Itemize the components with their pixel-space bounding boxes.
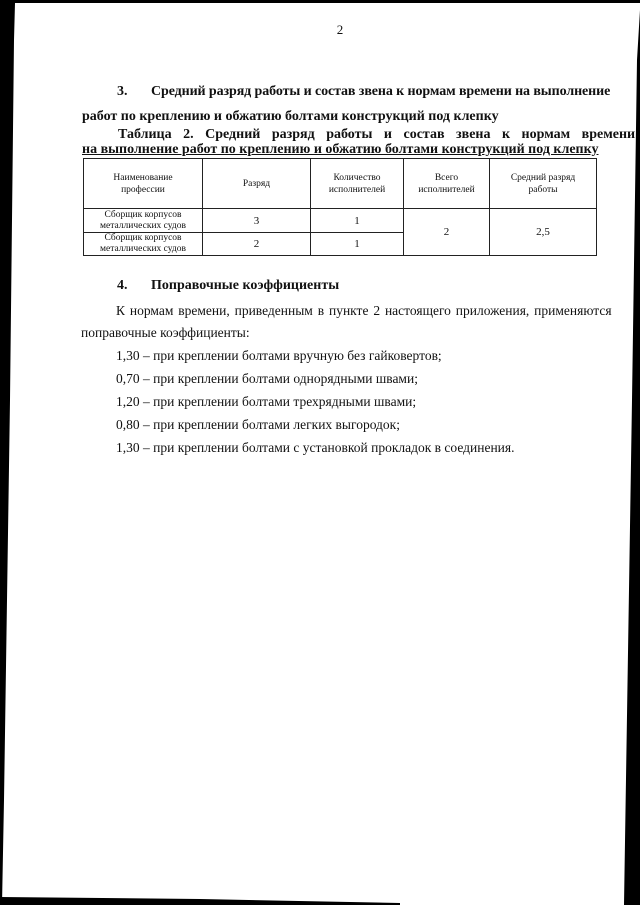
header-grade: Разряд bbox=[202, 158, 311, 209]
cell-text: Сборщик корпусов bbox=[100, 233, 186, 244]
section4-intro-line1: К нормам времени, приведенным в пункте 2… bbox=[116, 303, 612, 319]
cell-text: Сборщик корпусов bbox=[100, 210, 186, 221]
section4-number: 4. bbox=[117, 278, 128, 294]
table-row-1-count: 1 bbox=[310, 208, 404, 233]
coefficient-item-5: 1,30 – при креплении болтами с установко… bbox=[116, 440, 515, 456]
table-caption-line1: Таблица 2. Средний разряд работы и соста… bbox=[118, 127, 635, 143]
header-text: Количество bbox=[329, 172, 385, 184]
coefficients-table: Наименованиепрофессии Разряд Количествои… bbox=[83, 158, 597, 256]
header-text: Наименование bbox=[113, 172, 172, 184]
table-row-1-profession: Сборщик корпусовметаллических судов bbox=[83, 208, 203, 233]
header-text: Всего bbox=[418, 172, 474, 184]
header-count: Количествоисполнителей bbox=[310, 158, 404, 209]
header-total: Всегоисполнителей bbox=[403, 158, 490, 209]
coefficient-item-1: 1,30 – при креплении болтами вручную без… bbox=[116, 348, 442, 364]
coefficient-item-2: 0,70 – при креплении болтами однорядными… bbox=[116, 371, 418, 387]
table-caption-line2: на выполнение работ по креплению и обжат… bbox=[82, 142, 599, 158]
coefficient-item-3: 1,20 – при креплении болтами трехрядными… bbox=[116, 394, 416, 410]
header-text: работы bbox=[511, 184, 575, 196]
table-row-2-grade: 2 bbox=[202, 232, 311, 256]
coefficient-item-4: 0,80 – при креплении болтами легких выго… bbox=[116, 417, 400, 433]
section4-intro-line2: поправочные коэффициенты: bbox=[81, 325, 250, 341]
table-row-1-grade: 3 bbox=[202, 208, 311, 233]
header-text: Средний разряд bbox=[511, 172, 575, 184]
page-number: 2 bbox=[0, 22, 640, 38]
section3-title-line2: работ по креплению и обжатию болтами кон… bbox=[82, 109, 499, 125]
cell-text: металлических судов bbox=[100, 244, 186, 255]
cell-text: металлических судов bbox=[100, 221, 186, 232]
header-text: исполнителей bbox=[329, 184, 385, 196]
table-row-2-count: 1 bbox=[310, 232, 404, 256]
section4-title: Поправочные коэффициенты bbox=[151, 278, 339, 294]
header-profession: Наименованиепрофессии bbox=[83, 158, 203, 209]
header-text: исполнителей bbox=[418, 184, 474, 196]
table-avg-grade: 2,5 bbox=[489, 208, 597, 256]
header-text: профессии bbox=[113, 184, 172, 196]
header-text: Разряд bbox=[243, 178, 270, 190]
table-total: 2 bbox=[403, 208, 490, 256]
header-avg-grade: Средний разрядработы bbox=[489, 158, 597, 209]
table-row-2-profession: Сборщик корпусовметаллических судов bbox=[83, 232, 203, 256]
section3-title-line1: Средний разряд работы и состав звена к н… bbox=[151, 84, 610, 100]
section3-number: 3. bbox=[117, 84, 128, 100]
